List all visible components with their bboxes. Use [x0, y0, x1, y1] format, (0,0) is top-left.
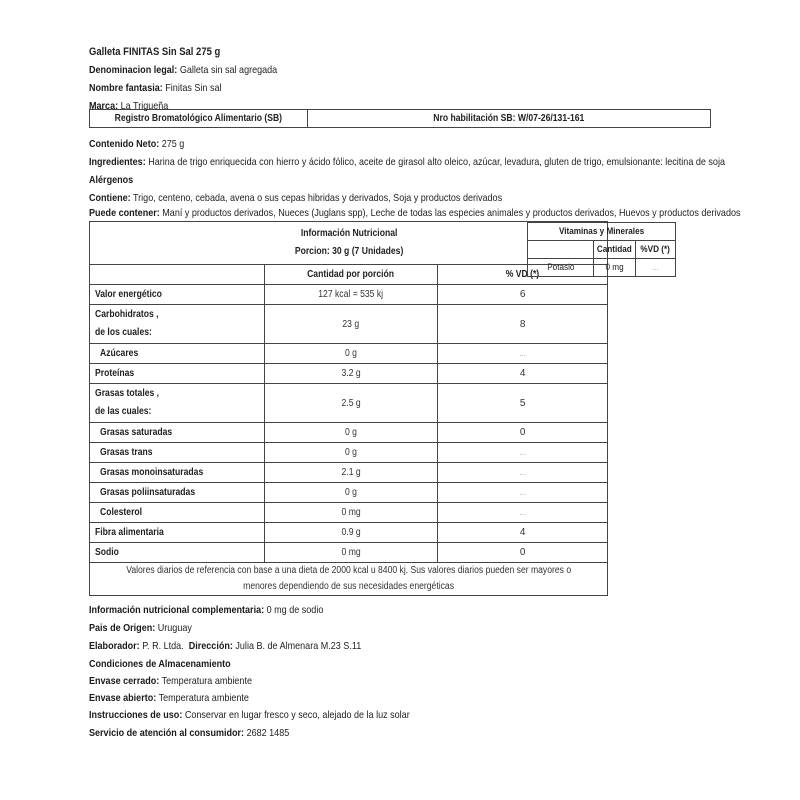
nutrition-row: Grasas totales ,de las cuales:2.5 g5 — [90, 384, 608, 423]
nutrient-amount: 0 mg — [265, 543, 438, 563]
storage-closed: Envase cerrado: Temperatura ambiente — [89, 674, 279, 688]
country-of-origin: Pais de Origen: Uruguay — [89, 621, 209, 635]
nutrient-vd: ... — [438, 443, 608, 463]
nutrient-name: Fibra alimentaria — [90, 523, 265, 543]
nutrient-vd: 6 — [438, 285, 608, 305]
manufacturer: Elaborador: P. R. Ltda. Dirección: Julia… — [89, 639, 406, 653]
registry-number: Nro habilitación SB: W/07-26/131-161 — [308, 110, 711, 128]
nutrient-name: Grasas saturadas — [90, 423, 265, 443]
vitamin-amount: 0 mg — [594, 259, 636, 277]
nutrient-name: Proteínas — [90, 364, 265, 384]
nutrient-name: Grasas totales ,de las cuales: — [90, 384, 265, 423]
nutrition-row: Sodio0 mg0 — [90, 543, 608, 563]
nutrition-row: Proteínas3.2 g4 — [90, 364, 608, 384]
nutrient-amount: 0 g — [265, 423, 438, 443]
allergens-may-contain: Puede contener: Maní y productos derivad… — [89, 206, 800, 220]
storage-open: Envase abierto: Temperatura ambiente — [89, 691, 275, 705]
nutrition-row: Carbohidratos ,de los cuales:23 g8 — [90, 305, 608, 344]
vitamins-col-vd: %VD (*) — [635, 241, 675, 259]
nutrition-row: Colesterol0 mg... — [90, 503, 608, 523]
vitamin-vd: ... — [635, 259, 675, 277]
nutrient-name: Azúcares — [90, 344, 265, 364]
nutrient-name: Grasas trans — [90, 443, 265, 463]
legal-denomination: Denominacion legal: Galleta sin sal agre… — [89, 63, 308, 77]
nutrient-vd: ... — [438, 503, 608, 523]
nutrient-vd: 0 — [438, 423, 608, 443]
vitamins-header: Vitaminas y Minerales — [528, 223, 676, 241]
nutrient-amount: 127 kcal = 535 kj — [265, 285, 438, 305]
nutrient-amount: 3.2 g — [265, 364, 438, 384]
allergens-heading: Alérgenos — [89, 173, 140, 187]
nutrient-vd: ... — [438, 483, 608, 503]
nutrition-row: Grasas poliinsaturadas0 g... — [90, 483, 608, 503]
nutrition-footnote: Valores diarios de referencia con base a… — [90, 563, 608, 596]
registry-label: Registro Bromatológico Alimentario (SB) — [90, 110, 308, 128]
nutrition-table: Información Nutricional Porcion: 30 g (7… — [89, 221, 608, 596]
nutrient-name: Grasas poliinsaturadas — [90, 483, 265, 503]
vitamin-name: Potasio — [528, 259, 594, 277]
nutrient-vd: ... — [438, 344, 608, 364]
vitamins-row: Potasio 0 mg ... — [528, 259, 676, 277]
nutrient-vd: 4 — [438, 364, 608, 384]
nutrient-name: Colesterol — [90, 503, 265, 523]
nutrient-vd: 4 — [438, 523, 608, 543]
nutrient-vd: 8 — [438, 305, 608, 344]
nutrition-row: Azúcares0 g... — [90, 344, 608, 364]
nutrition-row: Grasas saturadas0 g0 — [90, 423, 608, 443]
nutrient-name: Carbohidratos ,de los cuales: — [90, 305, 265, 344]
nutrient-name: Grasas monoinsaturadas — [90, 463, 265, 483]
nutrient-amount: 0.9 g — [265, 523, 438, 543]
product-title: Galleta FINITAS Sin Sal 275 g — [89, 45, 242, 59]
nutrient-amount: 2.1 g — [265, 463, 438, 483]
nutrient-amount: 2.5 g — [265, 384, 438, 423]
nutrient-amount: 0 mg — [265, 503, 438, 523]
nutrient-amount: 23 g — [265, 305, 438, 344]
nutrition-row: Valor energético127 kcal = 535 kj6 — [90, 285, 608, 305]
net-content: Contenido Neto: 275 g — [89, 137, 200, 151]
nutrient-vd: ... — [438, 463, 608, 483]
nutrient-name: Sodio — [90, 543, 265, 563]
nutrient-name: Valor energético — [90, 285, 265, 305]
col-header-amount: Cantidad por porción — [265, 265, 438, 285]
nutrient-amount: 0 g — [265, 344, 438, 364]
fantasy-name: Nombre fantasia: Finitas Sin sal — [89, 81, 243, 95]
usage-instructions: Instrucciones de uso: Conservar en lugar… — [89, 708, 462, 722]
nutrition-row: Fibra alimentaria0.9 g4 — [90, 523, 608, 543]
allergens-contains: Contiene: Trigo, centeno, cebada, avena … — [89, 191, 569, 205]
nutrition-row: Grasas trans0 g... — [90, 443, 608, 463]
ingredients: Ingredientes: Harina de trigo enriquecid… — [89, 155, 800, 169]
registry-table: Registro Bromatológico Alimentario (SB) … — [89, 109, 711, 128]
nutrient-amount: 0 g — [265, 443, 438, 463]
nutrient-vd: 0 — [438, 543, 608, 563]
storage-heading: Condiciones de Almacenamiento — [89, 657, 254, 671]
complementary-info: Información nutricional complementaria: … — [89, 603, 362, 617]
vitamins-col-amount: Cantidad — [594, 241, 636, 259]
nutrient-vd: 5 — [438, 384, 608, 423]
nutrition-row: Grasas monoinsaturadas2.1 g... — [90, 463, 608, 483]
customer-service: Servicio de atención al consumidor: 2682… — [89, 726, 322, 740]
vitamins-table: Vitaminas y Minerales Cantidad %VD (*) P… — [527, 222, 676, 277]
nutrient-amount: 0 g — [265, 483, 438, 503]
